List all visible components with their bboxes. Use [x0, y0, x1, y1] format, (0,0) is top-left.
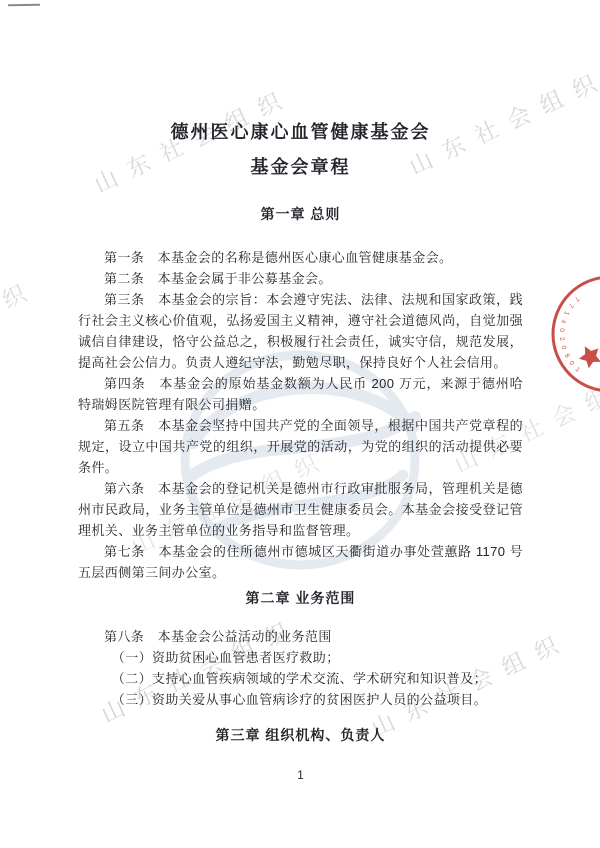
seal-star-icon: [575, 341, 600, 370]
page-number: 1: [78, 768, 523, 782]
article-8-item-2: （二）支持心血管疾病领域的学术交流、学术研究和知识普及；: [78, 668, 523, 689]
chapter1-heading: 第一章 总则: [78, 205, 523, 223]
document-title-line2: 基金会章程: [78, 156, 523, 178]
article-8: 第八条 本基金会公益活动的业务范围: [78, 626, 523, 647]
scan-artifact-line: [8, 4, 40, 7]
article-4: 第四条 本基金会的原始基金数额为人民币 200 万元，来源于德州哈特瑞姆医院管理…: [78, 373, 523, 415]
chapter3-heading: 第三章 组织机构、负责人: [78, 726, 523, 744]
watermark-text: 山东社会组织: [0, 270, 43, 391]
document-title-line1: 德州医心康心血管健康基金会: [78, 121, 523, 143]
scanned-document-page: 山东社会组织 山东社会组织 山东社会组织 山东社会组织 山东社会组织 山东社会组…: [0, 0, 600, 848]
article-6: 第六条 本基金会的登记机关是德州市行政审批服务局，管理机关是德州市民政局，业务主…: [78, 478, 523, 541]
article-7: 第七条 本基金会的住所德州市德城区天衢街道办事处萱蕙路 1170 号五层西侧第三…: [78, 541, 523, 583]
article-2: 第二条 本基金会属于非公募基金会。: [78, 268, 523, 289]
article-1: 第一条 本基金会的名称是德州医心康心血管健康基金会。: [78, 247, 523, 268]
chapter2-heading: 第二章 业务范围: [78, 589, 523, 607]
document-content: 德州医心康心血管健康基金会 基金会章程 第一章 总则 第一条 本基金会的名称是德…: [78, 0, 523, 782]
article-5: 第五条 本基金会坚持中国共产党的全面领导，根据中国共产党章程的规定，设立中国共产…: [78, 415, 523, 478]
official-seal-stamp: 7714020801919152: [540, 272, 600, 392]
article-3: 第三条 本基金会的宗旨：本会遵守宪法、法律、法规和国家政策，践行社会主义核心价值…: [78, 289, 523, 373]
article-8-item-1: （一）资助贫困心血管患者医疗救助；: [78, 647, 523, 668]
svg-text:7714020801919152: 7714020801919152: [540, 272, 585, 377]
seal-digits: 7714020801919152: [540, 272, 585, 377]
seal-ring: [553, 277, 600, 391]
article-8-item-3: （三）资助关爱从事心血管病诊疗的贫困医护人员的公益项目。: [78, 689, 523, 710]
